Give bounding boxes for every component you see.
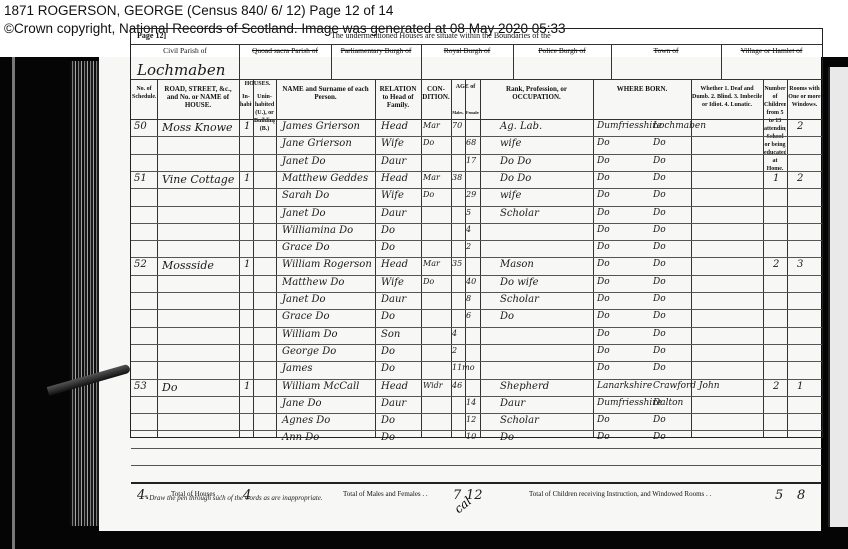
cell-condition: Do	[423, 190, 434, 199]
cell-occupation: wife	[500, 138, 521, 149]
row-line	[131, 171, 822, 172]
cell-name: William Rogerson	[282, 259, 372, 270]
cell-name: Jane Do	[282, 398, 322, 409]
cell-name: Janet Do	[282, 208, 326, 219]
column-header-road: ROAD, STREET, &c., and No. or NAME of HO…	[158, 85, 238, 109]
cell-name: George Do	[282, 346, 336, 357]
cell-born1: Do	[597, 225, 610, 235]
cell-female_age: 12	[466, 415, 476, 424]
cell-female_age: 40	[466, 277, 476, 286]
cell-relation: Daur	[381, 398, 406, 409]
district-label: Civil Parish of	[135, 47, 235, 55]
cell-born2: Lochmaben	[653, 121, 706, 131]
district-divider	[721, 44, 722, 79]
cell-born2: Do	[653, 242, 666, 252]
cell-born2: Do	[653, 156, 666, 166]
cell-relation: Do	[381, 242, 395, 253]
cell-born2: Crawford John	[653, 381, 720, 391]
district-divider-bottom	[131, 79, 822, 80]
cell-born1: Do	[597, 294, 610, 304]
cell-rooms: 3	[797, 259, 803, 270]
district-label: Royal Burgh of	[425, 47, 509, 55]
page-label: Page 12]	[137, 32, 166, 40]
row-line	[131, 361, 822, 362]
cell-name: Agnes Do	[282, 415, 330, 426]
cell-name: Williamina Do	[282, 225, 353, 236]
cell-relation: Do	[381, 225, 395, 236]
cell-relation: Head	[381, 173, 408, 184]
total-persons-label: Total of Males and Females . .	[343, 490, 428, 498]
cell-name: William Do	[282, 329, 338, 340]
cell-relation: Head	[381, 121, 408, 132]
cell-condition: Mar	[423, 259, 440, 268]
row-line	[131, 309, 822, 310]
cell-born1: Do	[597, 432, 610, 442]
row-line	[131, 292, 822, 293]
cell-occupation: Do	[500, 311, 514, 322]
row-line	[131, 136, 822, 137]
cell-road: Mossside	[162, 259, 214, 272]
column-header-schedule: No. of Schedule.	[132, 85, 156, 101]
cell-occupation: Do	[500, 432, 514, 443]
cell-occupation: wife	[500, 190, 521, 201]
cell-condition: Widr	[423, 381, 443, 390]
row-line	[131, 206, 822, 207]
cell-relation: Do	[381, 415, 395, 426]
cell-born2: Do	[653, 138, 666, 148]
cell-road: Do	[162, 381, 177, 394]
row-line	[131, 275, 822, 276]
district-divider	[611, 44, 612, 79]
cell-born2: Do	[653, 259, 666, 269]
cell-occupation: Mason	[500, 259, 534, 270]
cell-road: Vine Cottage	[162, 173, 234, 186]
cell-born1: Do	[597, 415, 610, 425]
cell-relation: Wife	[381, 138, 404, 149]
cell-condition: Do	[423, 277, 434, 286]
column-header-born: WHERE BORN.	[594, 85, 690, 93]
cell-name: Matthew Geddes	[282, 173, 368, 184]
cell-born1: Do	[597, 138, 610, 148]
cell-relation: Wife	[381, 277, 404, 288]
cell-born2: Do	[653, 208, 666, 218]
cell-occupation: Scholar	[500, 415, 539, 426]
cell-inhabited: 1	[244, 259, 250, 270]
column-header-rooms: Rooms with One or more Windows.	[788, 85, 821, 109]
cell-male_age: 35	[452, 259, 462, 268]
cell-female_age: 8	[466, 294, 471, 303]
cell-born1: Do	[597, 208, 610, 218]
cell-born1: Do	[597, 346, 610, 356]
totals-line	[131, 482, 822, 484]
cell-name: Grace Do	[282, 311, 329, 322]
row-line	[131, 327, 822, 328]
cell-female_age: 29	[466, 190, 476, 199]
district-divider	[331, 44, 332, 79]
cell-born1: Do	[597, 156, 610, 166]
cell-name: Janet Do	[282, 156, 326, 167]
row-line	[131, 430, 822, 431]
cell-male_age: 38	[452, 173, 462, 182]
column-header-occupation: Rank, Profession, or OCCUPATION.	[481, 85, 592, 101]
cell-children: 2	[773, 381, 779, 392]
cell-name: William McCall	[282, 381, 359, 392]
column-header-name: NAME and Surname of each Person.	[277, 85, 374, 101]
cell-condition: Do	[423, 138, 434, 147]
cell-condition: Mar	[423, 173, 440, 182]
cell-born2: Do	[653, 415, 666, 425]
cell-children: 1	[773, 173, 779, 184]
book-spine	[70, 61, 100, 526]
total-children-label: Total of Children receiving Instruction,…	[529, 490, 711, 498]
cell-schedule: 53	[134, 381, 147, 392]
column-header-males: Males.	[452, 109, 464, 117]
column-header-whether: Whether 1. Deaf and Dumb. 2. Blind. 3. I…	[692, 85, 762, 109]
cell-schedule: 52	[134, 259, 147, 270]
cell-name: Ann Do	[282, 432, 319, 443]
cell-occupation: Do Do	[500, 156, 531, 167]
cell-born2: Do	[653, 329, 666, 339]
cell-born2: Do	[653, 173, 666, 183]
district-label: Quoad sacra Parish of	[243, 47, 327, 55]
cell-rooms: 2	[797, 173, 803, 184]
census-form: Page 12]The undermentioned Houses are si…	[130, 28, 823, 438]
cell-relation: Do	[381, 363, 395, 374]
column-header-inhabited: In-habited.	[240, 93, 252, 109]
cell-female_age: 6	[466, 311, 471, 320]
cell-relation: Wife	[381, 190, 404, 201]
cell-born2: Do	[653, 190, 666, 200]
total-rooms: 8	[797, 488, 805, 503]
district-value: Lochmaben	[137, 61, 225, 79]
cell-name: James	[282, 363, 313, 374]
cell-male_age: 4	[452, 329, 457, 338]
row-line	[131, 240, 822, 241]
cell-relation: Do	[381, 311, 395, 322]
cell-inhabited: 1	[244, 381, 250, 392]
cell-relation: Do	[381, 432, 395, 443]
row-line	[131, 223, 822, 224]
cell-relation: Son	[381, 329, 400, 340]
cell-relation: Head	[381, 259, 408, 270]
row-line	[131, 448, 822, 449]
district-label: Parliamentary Burgh of	[335, 47, 417, 55]
cell-born1: Do	[597, 190, 610, 200]
cell-relation: Daur	[381, 156, 406, 167]
cell-rooms: 1	[797, 381, 803, 392]
cell-born2: Dalton	[653, 398, 683, 408]
cell-name: Jane Grierson	[282, 138, 352, 149]
row-line	[131, 188, 822, 189]
cell-born1: Do	[597, 329, 610, 339]
title-divider	[131, 44, 822, 45]
cell-relation: Do	[381, 346, 395, 357]
cell-born2: Do	[653, 311, 666, 321]
record-title: 1871 ROGERSON, GEORGE (Census 840/ 6/ 12…	[4, 2, 566, 20]
cell-schedule: 50	[134, 121, 147, 132]
cell-female_age: 5	[466, 208, 471, 217]
cell-born2: Do	[653, 225, 666, 235]
row-line	[131, 396, 822, 397]
cell-born2: Do	[653, 363, 666, 373]
district-divider	[421, 44, 422, 79]
cell-born1: Do	[597, 277, 610, 287]
row-line	[131, 344, 822, 345]
column-header-relation: RELATION to Head of Family.	[376, 85, 420, 109]
cell-born1: Do	[597, 242, 610, 252]
cell-rooms: 2	[797, 121, 803, 132]
district-divider	[513, 44, 514, 79]
cell-occupation: Scholar	[500, 294, 539, 305]
column-header-houses: HOUSES.	[239, 80, 276, 88]
cell-relation: Head	[381, 381, 408, 392]
book-edge	[12, 57, 15, 549]
cell-born2: Do	[653, 294, 666, 304]
cell-children: 2	[773, 259, 779, 270]
cell-name: Grace Do	[282, 242, 329, 253]
cell-male_age: 70	[452, 121, 462, 130]
column-header-age: AGE of	[451, 83, 480, 91]
column-header-females: Females.	[466, 109, 479, 117]
district-label: Town of	[615, 47, 717, 55]
district-label: Police Burgh of	[517, 47, 607, 55]
cell-female_age: 14	[466, 398, 476, 407]
cell-occupation: Do Do	[500, 173, 531, 184]
cell-occupation: Ag. Lab.	[500, 121, 542, 132]
cell-road: Moss Knowe	[162, 121, 233, 134]
cell-female_age: 4	[466, 225, 471, 234]
column-header-children: Number of Children from 5 to 13 attendin…	[764, 85, 786, 173]
boundary-title: The undermentioned Houses are situate wi…	[331, 32, 551, 40]
cell-male_age: 2	[452, 346, 457, 355]
cell-schedule: 51	[134, 173, 147, 184]
cell-occupation: Daur	[500, 398, 525, 409]
cell-female_age: 10	[466, 432, 476, 441]
cell-female_age: 2	[466, 242, 471, 251]
cell-inhabited: 1	[244, 173, 250, 184]
cell-born1: Do	[597, 259, 610, 269]
cell-name: James Grierson	[282, 121, 360, 132]
total-children: 5	[775, 488, 783, 503]
district-divider	[239, 44, 240, 79]
facing-page-edge	[828, 67, 848, 527]
cell-occupation: Scholar	[500, 208, 539, 219]
cell-female_age: 17	[466, 156, 476, 165]
cell-male_age: 46	[452, 381, 462, 390]
cell-name: Sarah Do	[282, 190, 329, 201]
column-header-condition: CON-DITION.	[422, 85, 450, 101]
cell-born2: Do	[653, 346, 666, 356]
cell-relation: Daur	[381, 294, 406, 305]
cell-occupation: Do wife	[500, 277, 539, 288]
cell-born1: Do	[597, 173, 610, 183]
district-label: Village or Hamlet of	[725, 47, 818, 55]
cell-born2: Do	[653, 277, 666, 287]
row-line	[131, 379, 822, 380]
cell-relation: Daur	[381, 208, 406, 219]
row-line	[131, 413, 822, 414]
cell-occupation: Shepherd	[500, 381, 549, 392]
row-line	[131, 465, 822, 466]
cell-born1: Do	[597, 363, 610, 373]
cell-name: Matthew Do	[282, 277, 344, 288]
row-line	[131, 154, 822, 155]
cell-born2: Do	[653, 432, 666, 442]
cell-born1: Lanarkshire	[597, 381, 652, 391]
footnote: * Draw the pen through such of the words…	[144, 494, 323, 502]
cell-female_age: 68	[466, 138, 476, 147]
header-bottom	[131, 119, 822, 120]
cell-inhabited: 1	[244, 121, 250, 132]
cell-born1: Do	[597, 311, 610, 321]
cell-name: Janet Do	[282, 294, 326, 305]
column-header-uninhabited: Unin-habited (U.), or Building (B.)	[254, 93, 275, 133]
cell-condition: Mar	[423, 121, 440, 130]
cell-male_age: 11mo	[452, 363, 475, 372]
row-line	[131, 257, 822, 258]
